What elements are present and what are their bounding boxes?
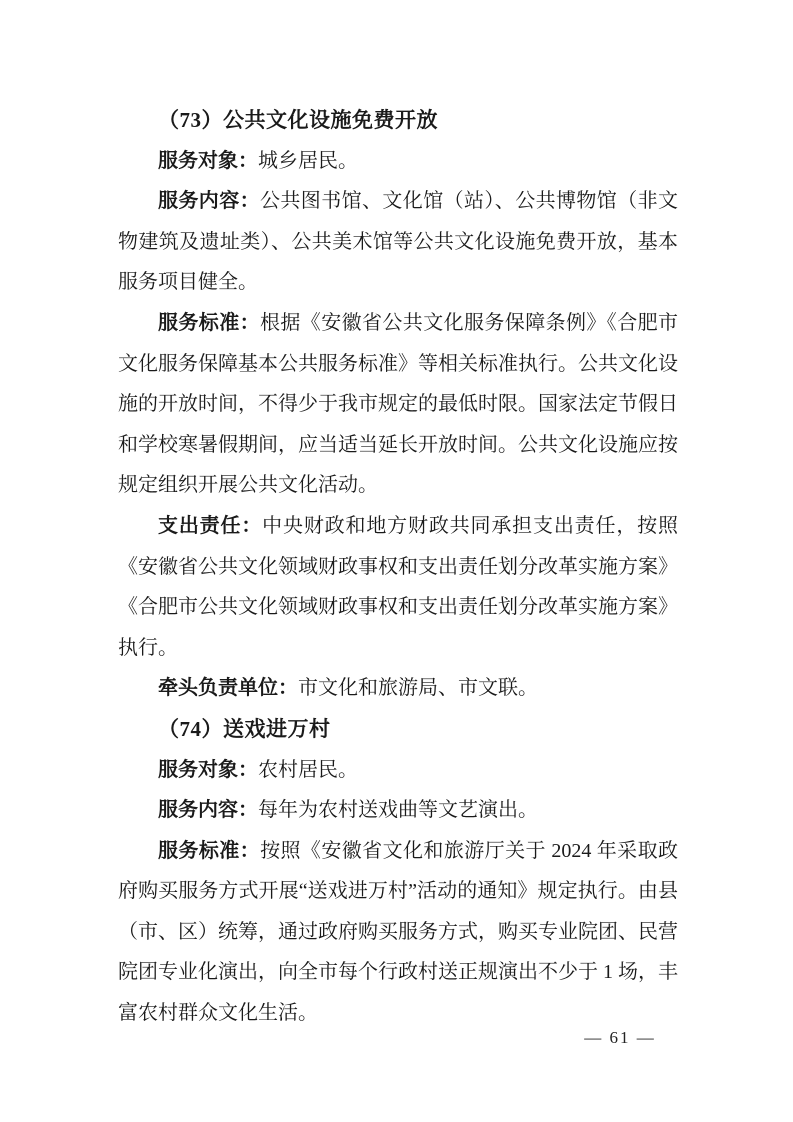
section-73-heading: （73）公共文化设施免费开放: [118, 100, 678, 141]
service-content-label: 服务内容：: [158, 190, 260, 212]
section-73-lead-unit-paragraph: 牵头负责单位：市文化和旅游局、市文联。: [118, 668, 678, 709]
service-target-label: 服务对象：: [158, 759, 258, 781]
section-73-service-target-paragraph: 服务对象：城乡居民。: [118, 141, 678, 182]
page-number: — 61 —: [560, 1028, 680, 1048]
section-73-service-standard-paragraph: 服务标准：根据《安徽省公共文化服务保障条例》《合肥市文化服务保障基本公共服务标准…: [118, 303, 678, 506]
section-74-service-content-paragraph: 服务内容：每年为农村送戏曲等文艺演出。: [118, 790, 678, 831]
service-target-text: 农村居民。: [258, 759, 358, 781]
lead-unit-label: 牵头负责单位：: [158, 677, 298, 699]
section-73-expenditure-responsibility-paragraph: 支出责任：中央财政和地方财政共同承担支出责任，按照《安徽省公共文化领域财政事权和…: [118, 506, 678, 668]
service-standard-text: 按照《安徽省文化和旅游厅关于 2024 年采取政府购买服务方式开展“送戏进万村”…: [118, 840, 678, 1024]
service-standard-label: 服务标准：: [158, 840, 260, 862]
lead-unit-text: 市文化和旅游局、市文联。: [298, 677, 538, 699]
service-content-text: 每年为农村送戏曲等文艺演出。: [258, 799, 538, 821]
service-standard-text: 根据《安徽省公共文化服务保障条例》《合肥市文化服务保障基本公共服务标准》等相关标…: [118, 312, 678, 496]
service-standard-label: 服务标准：: [158, 312, 260, 334]
document-page: （73）公共文化设施免费开放 服务对象：城乡居民。 服务内容：公共图书馆、文化馆…: [0, 0, 793, 1122]
document-content: （73）公共文化设施免费开放 服务对象：城乡居民。 服务内容：公共图书馆、文化馆…: [118, 100, 678, 1034]
service-target-label: 服务对象：: [158, 150, 258, 172]
section-74-heading: （74）送戏进万村: [118, 709, 678, 750]
service-content-label: 服务内容：: [158, 799, 258, 821]
section-74-service-target-paragraph: 服务对象：农村居民。: [118, 750, 678, 791]
expenditure-responsibility-label: 支出责任：: [158, 515, 262, 537]
section-74-service-standard-paragraph: 服务标准：按照《安徽省文化和旅游厅关于 2024 年采取政府购买服务方式开展“送…: [118, 831, 678, 1034]
service-target-text: 城乡居民。: [258, 150, 358, 172]
section-73-service-content-paragraph: 服务内容：公共图书馆、文化馆（站）、公共博物馆（非文物建筑及遗址类）、公共美术馆…: [118, 181, 678, 303]
